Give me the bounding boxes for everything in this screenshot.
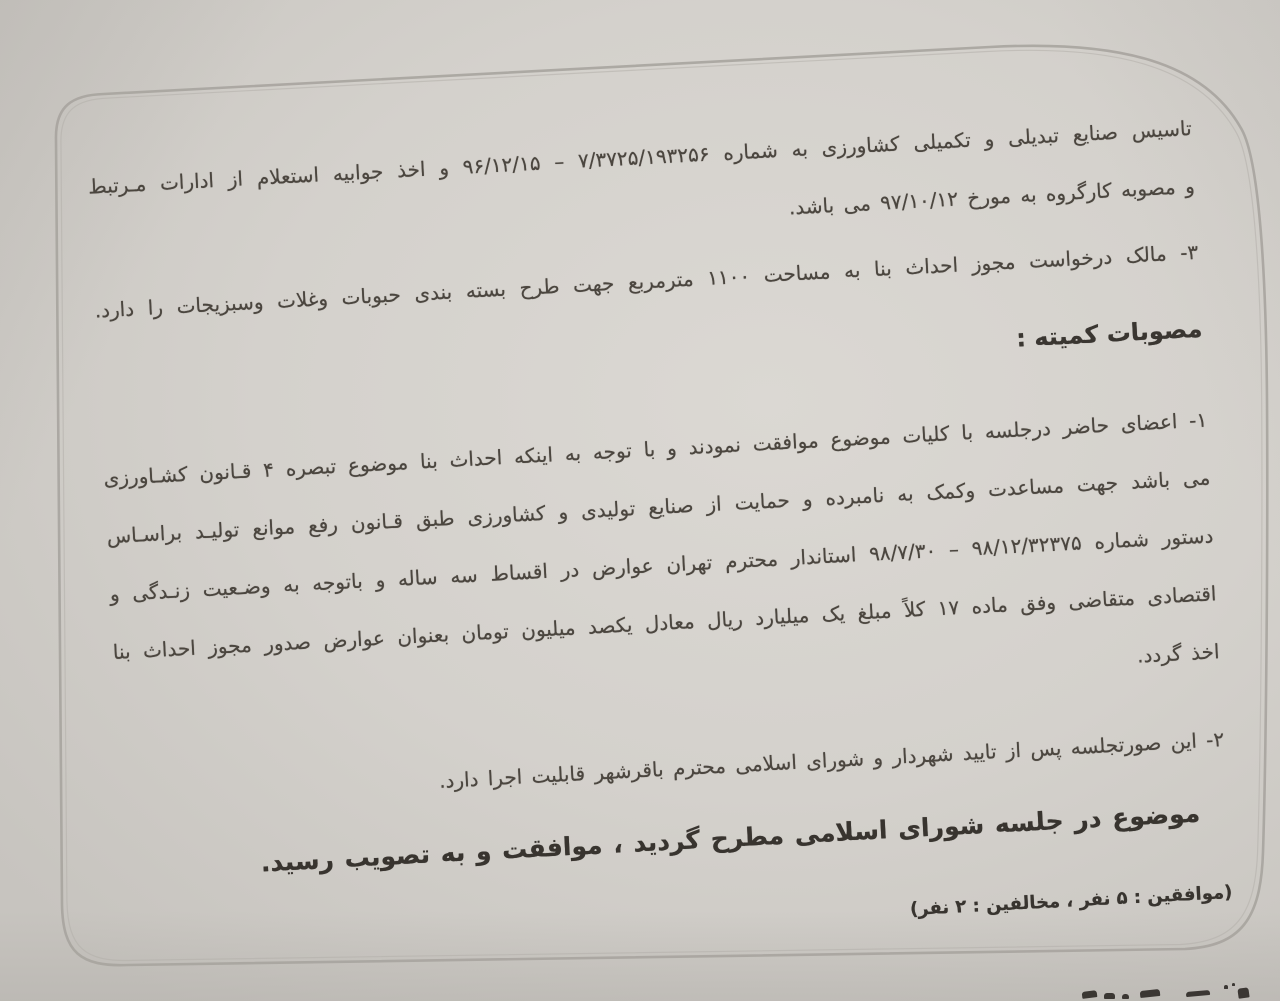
resolution-1-paragraph: ۱- اعضای حاضر درجلسه با کلیات موضوع مواف… (102, 391, 1221, 739)
vote-tally: (موافقین : ۵ نفر ، مخالفین : ۲ نفر) (128, 880, 1233, 965)
scanned-page-photo: تاسیس صنایع تبدیلی و تکمیلی کشاورزی به ش… (0, 0, 1280, 1001)
document-text-block: تاسیس صنایع تبدیلی و تکمیلی کشاورزی به ش… (87, 99, 1233, 965)
clipped-text-marks (1078, 982, 1260, 1001)
